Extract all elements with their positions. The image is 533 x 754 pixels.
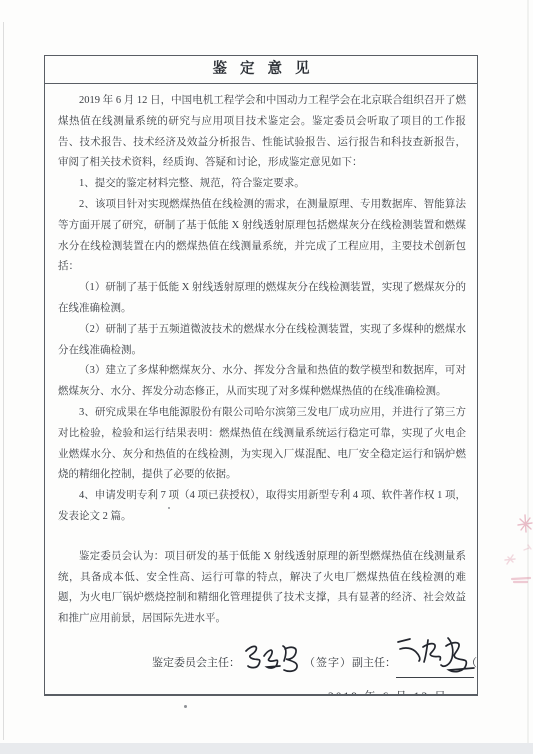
scanned-appraisal-page: 鉴定意见 2019 年 6 月 12 日，中国电机工程学会和中国动力工程学会在北… bbox=[0, 0, 533, 754]
scan-edge-right bbox=[527, 0, 529, 743]
date-line: 2019年6月12日 bbox=[288, 687, 466, 696]
paragraph-item-2-sub-1: （1）研制了基于低能 X 射线透射原理的燃煤灰分在线检测装置，实现了燃煤灰分的在… bbox=[58, 278, 466, 320]
date-year: 2019 bbox=[324, 691, 363, 696]
paragraph-conclusion: 鉴定委员会认为：项目研发的基于低能 X 射线透射原理的新型燃煤热值在线测量系统，… bbox=[58, 547, 466, 630]
paragraph-item-2: 2、该项目针对实现燃煤热值在线检测的需求，在测量原理、专用数据库、智能算法等方面… bbox=[58, 195, 466, 278]
chair-label: 鉴定委员会主任： bbox=[152, 653, 240, 674]
vice-chair-label: 副主任： bbox=[352, 653, 396, 674]
date-day: 12 bbox=[410, 691, 434, 696]
paragraph-item-1: 1、提交的鉴定材料完整、规范，符合鉴定要求。 bbox=[58, 174, 466, 195]
scan-edge-left bbox=[3, 22, 4, 740]
date-year-unit: 年 bbox=[363, 691, 379, 696]
paragraph-item-2-sub-3: （3）建立了多煤种燃煤灰分、水分、挥发分含量和热值的数学模型和数据库，可对燃煤灰… bbox=[58, 361, 466, 403]
title-row: 鉴定意见 bbox=[45, 56, 477, 84]
date-day-unit: 日 bbox=[433, 691, 449, 696]
paragraph-item-3: 3、研究成果在华电能源股份有限公司哈尔滨第三发电厂成功应用，并进行了第三方对比检… bbox=[58, 403, 466, 486]
appraisal-opinion-box: 鉴定意见 2019 年 6 月 12 日，中国电机工程学会和中国动力工程学会在北… bbox=[44, 55, 478, 696]
date-month-unit: 月 bbox=[394, 691, 410, 696]
scan-speck bbox=[168, 507, 170, 509]
vice-chair-handwritten-signature-icon bbox=[394, 632, 478, 684]
chair-handwritten-signature-icon bbox=[242, 639, 302, 683]
vice-signature-underline bbox=[396, 677, 474, 678]
signature-row: 鉴定委员会主任： （签字） 副主任： bbox=[152, 648, 466, 678]
date-month: 6 bbox=[379, 691, 395, 696]
scan-bottom-band bbox=[0, 743, 533, 754]
date-underline-blank bbox=[288, 688, 324, 696]
chair-sign-note: （签字） bbox=[304, 653, 352, 674]
paragraph-item-2-sub-2: （2）研制了基于五频道微波技术的燃煤水分在线检测装置，实现了多煤种的燃煤水分在线… bbox=[58, 320, 466, 362]
red-seal-edge-mark bbox=[500, 505, 533, 605]
page-title: 鉴定意见 bbox=[200, 62, 323, 77]
paragraph-item-4: 4、申请发明专利 7 项（4 项已获授权），取得实用新型专利 4 项、软件著作权… bbox=[58, 486, 466, 528]
document-body: 2019 年 6 月 12 日，中国电机工程学会和中国动力工程学会在北京联合组织… bbox=[45, 84, 477, 696]
paragraph-intro: 2019 年 6 月 12 日，中国电机工程学会和中国动力工程学会在北京联合组织… bbox=[58, 91, 466, 174]
scan-speck bbox=[184, 705, 187, 708]
